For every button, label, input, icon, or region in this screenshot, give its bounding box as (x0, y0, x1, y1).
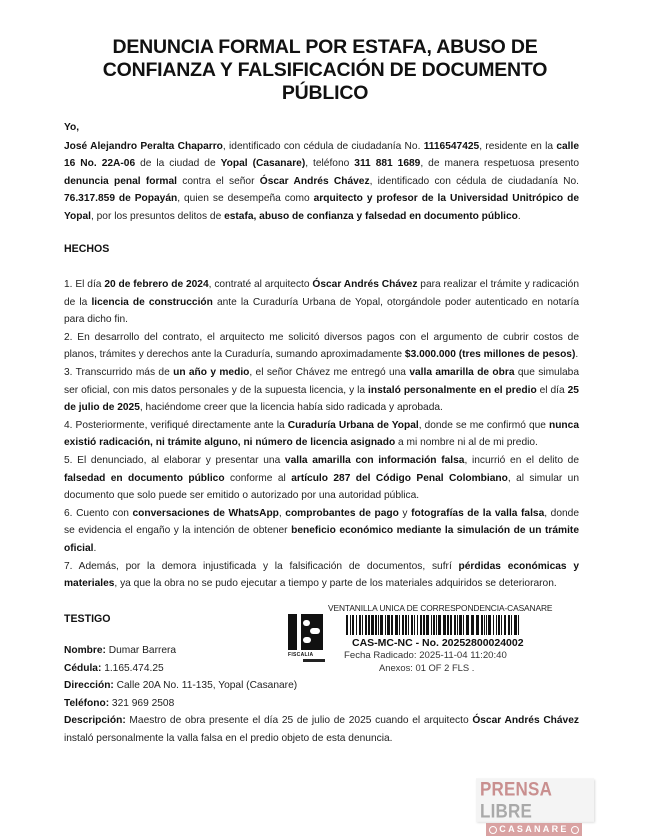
radicado-number: CAS-MC-NC - No. 20252800024002 (352, 637, 524, 649)
radicado-stamp: FISCALIA VENTANILLA UNICA DE CORRESPONDE… (280, 600, 600, 680)
testigo-heading: TESTIGO (64, 613, 111, 625)
witness-description: Descripción: Maestro de obra presente el… (64, 712, 579, 747)
fact-item: 1. El día 20 de febrero de 2024, contrat… (64, 276, 579, 329)
fact-item: 7. Además, por la demora injustificada y… (64, 558, 579, 593)
hechos-heading: HECHOS (64, 243, 109, 255)
stamp-header: VENTANILLA UNICA DE CORRESPONDENCIA-CASA… (328, 603, 552, 613)
barcode (346, 615, 522, 635)
watermark-brand-left: PRENSA (480, 778, 551, 800)
circle-icon (489, 826, 497, 834)
circle-icon (571, 826, 579, 834)
watermark-subtitle: CASANARE (499, 824, 568, 834)
radicado-anexos: Anexos: 01 OF 2 FLS . (379, 662, 474, 673)
salutation: Yo, (64, 119, 579, 137)
fiscalia-logo-icon: FISCALIA (286, 614, 326, 666)
intro-paragraph: José Alejandro Peralta Chaparro, identif… (64, 138, 579, 226)
fact-item: 5. El denunciado, al elaborar y presenta… (64, 452, 579, 505)
radicado-date: Fecha Radicado: 2025-11-04 11:20:40 (344, 650, 507, 661)
fact-item: 2. En desarrollo del contrato, el arquit… (64, 329, 579, 364)
intro-section: Yo, José Alejandro Peralta Chaparro, ide… (64, 119, 579, 226)
hechos-list: 1. El día 20 de febrero de 2024, contrat… (64, 276, 579, 593)
document-title: DENUNCIA FORMAL POR ESTAFA, ABUSO DE CON… (70, 36, 580, 105)
fact-item: 6. Cuento con conversaciones de WhatsApp… (64, 505, 579, 558)
fact-item: 3. Transcurrido más de un año y medio, e… (64, 364, 579, 417)
watermark-brand-right: LIBRE (480, 800, 532, 822)
fact-item: 4. Posteriormente, verifiqué directament… (64, 417, 579, 452)
watermark-subtitle-band: CASANARE (486, 823, 582, 836)
logo-caption: FISCALIA (288, 652, 313, 658)
witness-phone: Teléfono: 321 969 2508 (64, 695, 579, 713)
watermark-brand: PRENSA LIBRE (476, 778, 594, 822)
prensa-libre-watermark: PRENSA LIBRE CASANARE (476, 781, 594, 836)
